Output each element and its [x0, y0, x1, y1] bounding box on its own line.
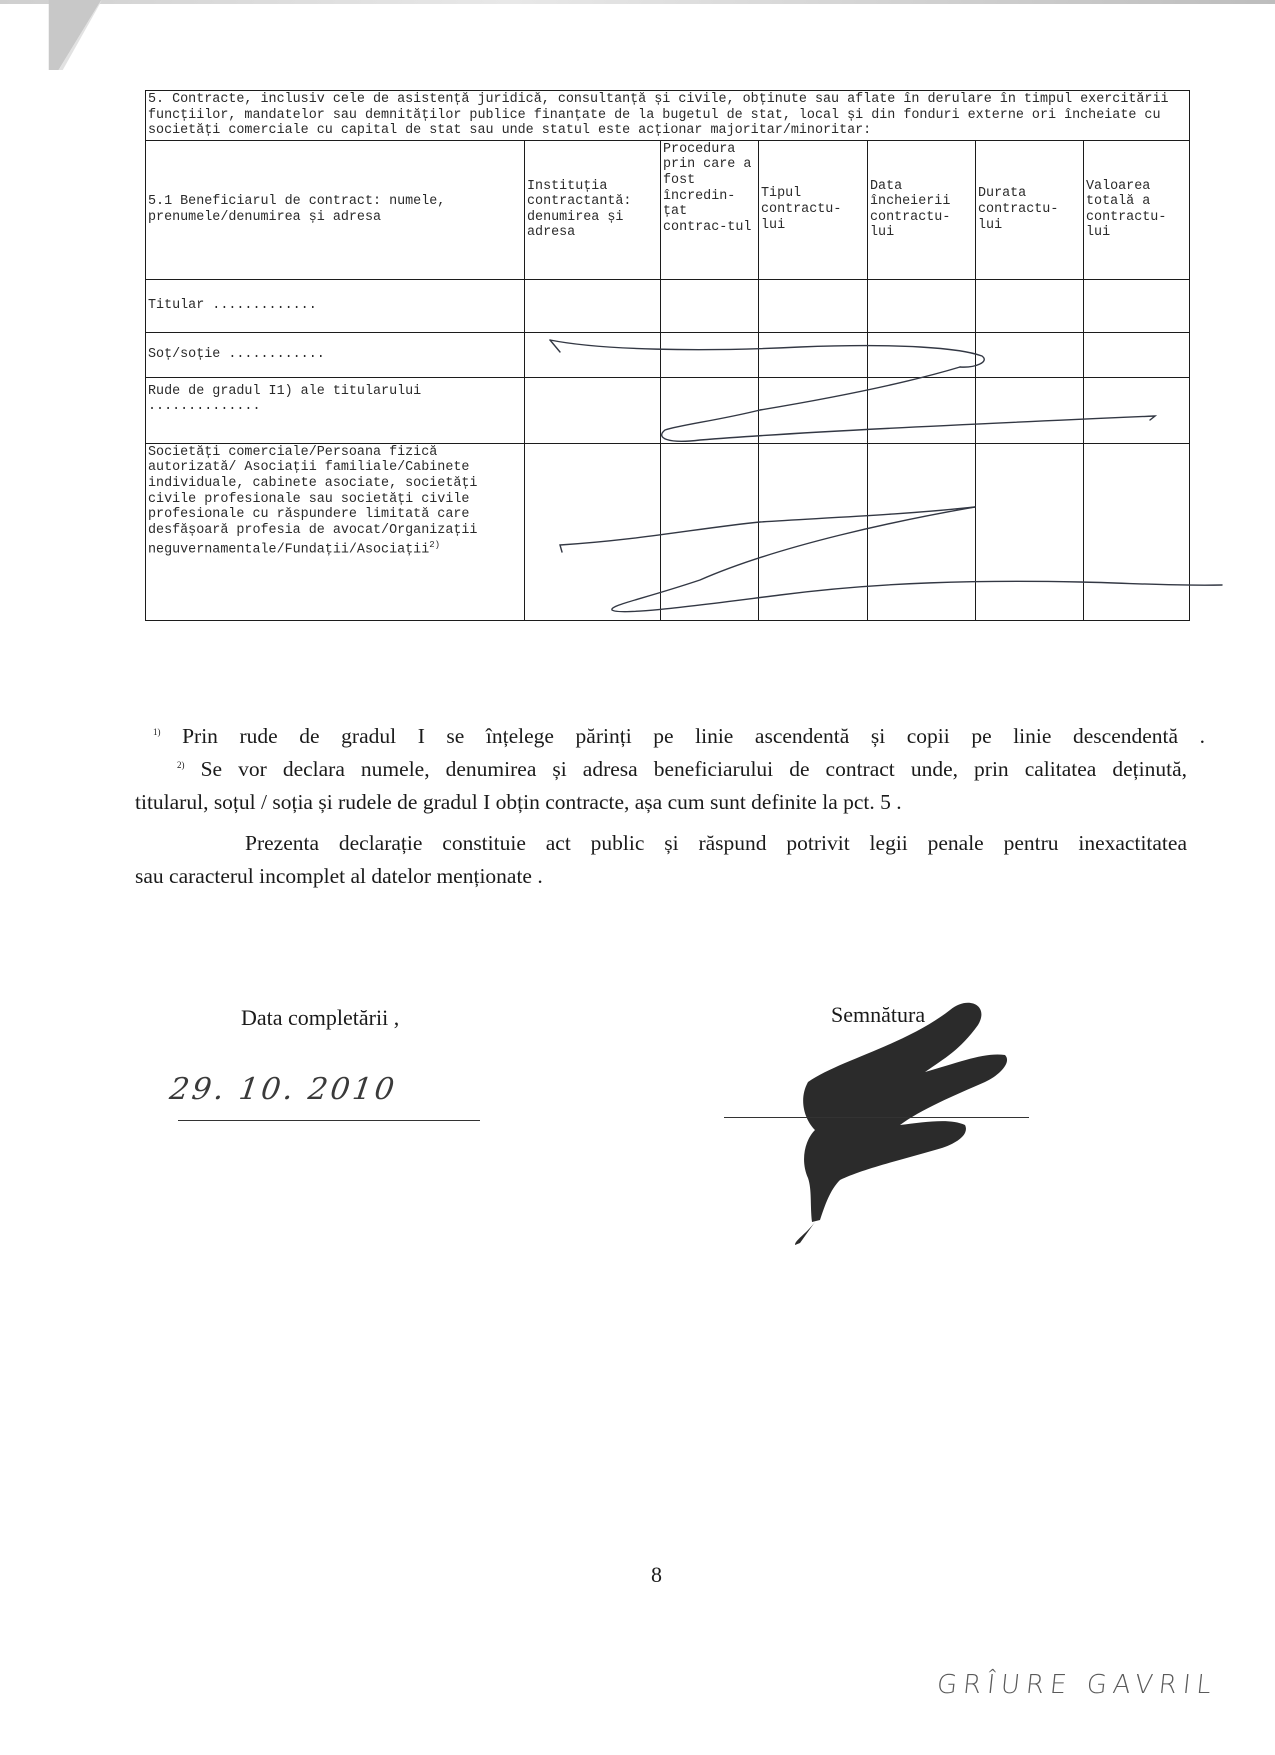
footnote-1: 1) Prin rude de gradul I se înțelege păr… — [135, 716, 1205, 753]
cell-type[interactable] — [759, 443, 868, 620]
cell-type[interactable] — [759, 332, 868, 377]
cell-procedure[interactable] — [661, 279, 759, 332]
redacted-signature — [795, 1003, 1007, 1245]
contracts-table: 5. Contracte, inclusiv cele de asistență… — [145, 90, 1190, 621]
declaration-statement: Prezenta declarație constituie act publi… — [135, 827, 1187, 893]
table-row: Societăți comerciale/Persoana fizică aut… — [146, 443, 1190, 620]
cell-institution[interactable] — [525, 279, 661, 332]
col-header-procedure: Procedura prin care a fost încredin-țat … — [661, 140, 759, 279]
cell-date[interactable] — [868, 443, 976, 620]
cell-value[interactable] — [1084, 443, 1190, 620]
cell-date[interactable] — [868, 332, 976, 377]
cell-value[interactable] — [1084, 279, 1190, 332]
cell-date[interactable] — [868, 377, 976, 443]
col-header-beneficiary: 5.1 Beneficiarul de contract: numele, pr… — [146, 140, 525, 279]
scan-top-edge — [0, 0, 1275, 4]
cell-value[interactable] — [1084, 332, 1190, 377]
col-header-institution: Instituția contractantă: denumirea și ad… — [525, 140, 661, 279]
footnote-2: 2) Se vor declara numele, denumirea și a… — [135, 749, 1187, 819]
col-header-value: Valoarea totală a contractu-lui — [1084, 140, 1190, 279]
footnote-2-text-line2: titularul, soțul / soția și rudele de gr… — [135, 786, 1187, 819]
handwritten-name: GRÎURE GAVRIL — [935, 1670, 1218, 1700]
handwritten-date: 29. 10. 2010 — [168, 1072, 400, 1107]
row-label-relatives: Rude de gradul I1) ale titularului .....… — [146, 377, 525, 443]
cell-institution[interactable] — [525, 443, 661, 620]
cell-institution[interactable] — [525, 332, 661, 377]
cell-type[interactable] — [759, 279, 868, 332]
cell-duration[interactable] — [976, 377, 1084, 443]
cell-procedure[interactable] — [661, 332, 759, 377]
declaration-line1: Prezenta declarație constituie act publi… — [135, 827, 1187, 860]
signature-line — [724, 1117, 1029, 1118]
folded-corner — [0, 0, 150, 70]
cell-procedure[interactable] — [661, 377, 759, 443]
footnote-ref-2: 2) — [429, 540, 440, 550]
footnote-2-mark: 2) — [177, 760, 185, 770]
table-row: Soț/soție ............ — [146, 332, 1190, 377]
col-header-date: Data încheierii contractu-lui — [868, 140, 976, 279]
row-label-spouse: Soț/soție ............ — [146, 332, 525, 377]
cell-type[interactable] — [759, 377, 868, 443]
section-5-title: 5. Contracte, inclusiv cele de asistență… — [146, 91, 1190, 141]
cell-value[interactable] — [1084, 377, 1190, 443]
signature-label: Semnătura — [831, 1002, 925, 1028]
footnote-2-text-line1: Se vor declara numele, denumirea și adre… — [201, 757, 1187, 781]
row-label-companies: Societăți comerciale/Persoana fizică aut… — [146, 443, 525, 620]
cell-duration[interactable] — [976, 279, 1084, 332]
row-label-titular: Titular ............. — [146, 279, 525, 332]
col-header-type: Tipul contractu-lui — [759, 140, 868, 279]
cell-duration[interactable] — [976, 443, 1084, 620]
date-line — [178, 1120, 480, 1121]
cell-date[interactable] — [868, 279, 976, 332]
footnote-1-text: Prin rude de gradul I se înțelege părinț… — [182, 724, 1205, 748]
footnote-1-mark: 1) — [153, 727, 161, 737]
date-label: Data completării , — [241, 1005, 399, 1031]
cell-duration[interactable] — [976, 332, 1084, 377]
table-row: Rude de gradul I1) ale titularului .....… — [146, 377, 1190, 443]
cell-institution[interactable] — [525, 377, 661, 443]
page-number: 8 — [651, 1562, 662, 1588]
cell-procedure[interactable] — [661, 443, 759, 620]
declaration-line2: sau caracterul incomplet al datelor menț… — [135, 860, 1187, 893]
col-header-duration: Durata contractu-lui — [976, 140, 1084, 279]
table-row: Titular ............. — [146, 279, 1190, 332]
